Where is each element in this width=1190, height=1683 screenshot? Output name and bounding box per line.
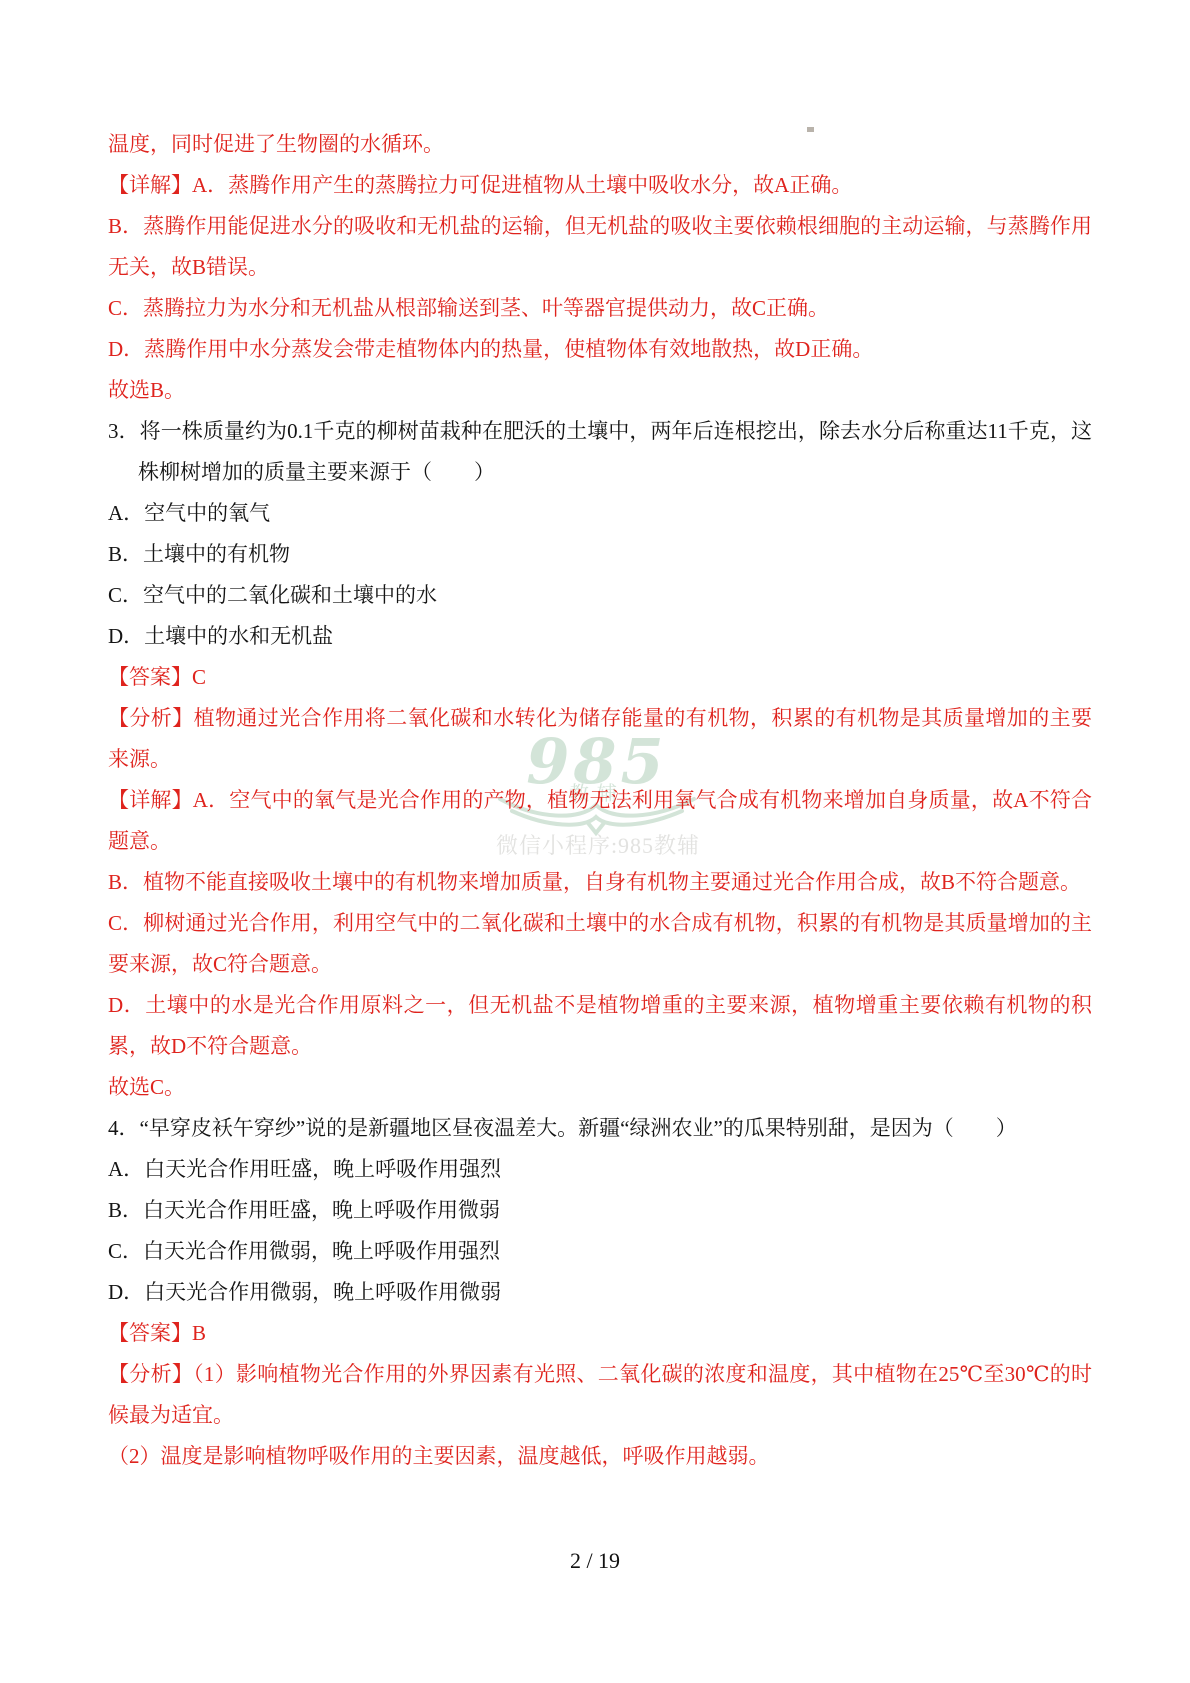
answer-line: 【答案】B — [108, 1313, 1092, 1354]
explanation-conclusion: 故选C。 — [108, 1067, 1092, 1108]
question-stem: 4．“早穿皮袄午穿纱”说的是新疆地区昼夜温差大。新疆“绿洲农业”的瓜果特别甜，是… — [108, 1108, 1092, 1149]
question-stem: 3．将一株质量约为0.1千克的柳树苗栽种在肥沃的土壤中，两年后连根挖出，除去水分… — [108, 411, 1092, 493]
explanation-line: B．蒸腾作用能促进水分的吸收和无机盐的运输，但无机盐的吸收主要依赖根细胞的主动运… — [108, 206, 1092, 288]
option-b: B．白天光合作用旺盛，晚上呼吸作用微弱 — [108, 1190, 1092, 1231]
explanation-line: D．蒸腾作用中水分蒸发会带走植物体内的热量，使植物体有效地散热，故D正确。 — [108, 329, 1092, 370]
option-a: A．空气中的氧气 — [108, 493, 1092, 534]
question-number: 4． — [108, 1116, 140, 1140]
option-d: D．土壤中的水和无机盐 — [108, 616, 1092, 657]
question-stem-text: 将一株质量约为0.1千克的柳树苗栽种在肥沃的土壤中，两年后连根挖出，除去水分后称… — [138, 419, 1092, 484]
question-3: 3．将一株质量约为0.1千克的柳树苗栽种在肥沃的土壤中，两年后连根挖出，除去水分… — [108, 411, 1092, 1108]
option-b: B．土壤中的有机物 — [108, 534, 1092, 575]
document-page: 985 教辅 微信小程序:985教辅 温度，同时促进了生物圈的水循环。 【详解】… — [0, 0, 1190, 1683]
analysis-line: 【分析】（1）影响植物光合作用的外界因素有光照、二氧化碳的浓度和温度，其中植物在… — [108, 1354, 1092, 1436]
explanation-line: C．柳树通过光合作用，利用空气中的二氧化碳和土壤中的水合成有机物，积累的有机物是… — [108, 903, 1092, 985]
question-2-explanation-continued: 温度，同时促进了生物圈的水循环。 【详解】A．蒸腾作用产生的蒸腾拉力可促进植物从… — [108, 124, 1092, 411]
option-c: C．白天光合作用微弱，晚上呼吸作用强烈 — [108, 1231, 1092, 1272]
explanation-line: B．植物不能直接吸收土壤中的有机物来增加质量，自身有机物主要通过光合作用合成，故… — [108, 862, 1092, 903]
option-d: D．白天光合作用微弱，晚上呼吸作用微弱 — [108, 1272, 1092, 1313]
question-stem-text: “早穿皮袄午穿纱”说的是新疆地区昼夜温差大。新疆“绿洲农业”的瓜果特别甜，是因为… — [140, 1116, 1017, 1140]
question-number: 3． — [108, 419, 140, 443]
option-c: C．空气中的二氧化碳和土壤中的水 — [108, 575, 1092, 616]
explanation-conclusion: 故选B。 — [108, 370, 1092, 411]
answer-line: 【答案】C — [108, 657, 1092, 698]
analysis-line: （2）温度是影响植物呼吸作用的主要因素，温度越低，呼吸作用越弱。 — [108, 1436, 1092, 1477]
exam-answer-document: 温度，同时促进了生物圈的水循环。 【详解】A．蒸腾作用产生的蒸腾拉力可促进植物从… — [108, 124, 1092, 1477]
explanation-line: 【详解】A．空气中的氧气是光合作用的产物，植物无法利用氧气合成有机物来增加自身质… — [108, 780, 1092, 862]
analysis-line: 【分析】植物通过光合作用将二氧化碳和水转化为储存能量的有机物，积累的有机物是其质… — [108, 698, 1092, 780]
explanation-line: C．蒸腾拉力为水分和无机盐从根部输送到茎、叶等器官提供动力，故C正确。 — [108, 288, 1092, 329]
option-a: A．白天光合作用旺盛，晚上呼吸作用强烈 — [108, 1149, 1092, 1190]
question-4: 4．“早穿皮袄午穿纱”说的是新疆地区昼夜温差大。新疆“绿洲农业”的瓜果特别甜，是… — [108, 1108, 1092, 1477]
explanation-line: D．土壤中的水是光合作用原料之一，但无机盐不是植物增重的主要来源，植物增重主要依… — [108, 985, 1092, 1067]
explanation-line: 【详解】A．蒸腾作用产生的蒸腾拉力可促进植物从土壤中吸收水分，故A正确。 — [108, 165, 1092, 206]
explanation-line: 温度，同时促进了生物圈的水循环。 — [108, 124, 1092, 165]
page-number: 2 / 19 — [0, 1548, 1190, 1574]
